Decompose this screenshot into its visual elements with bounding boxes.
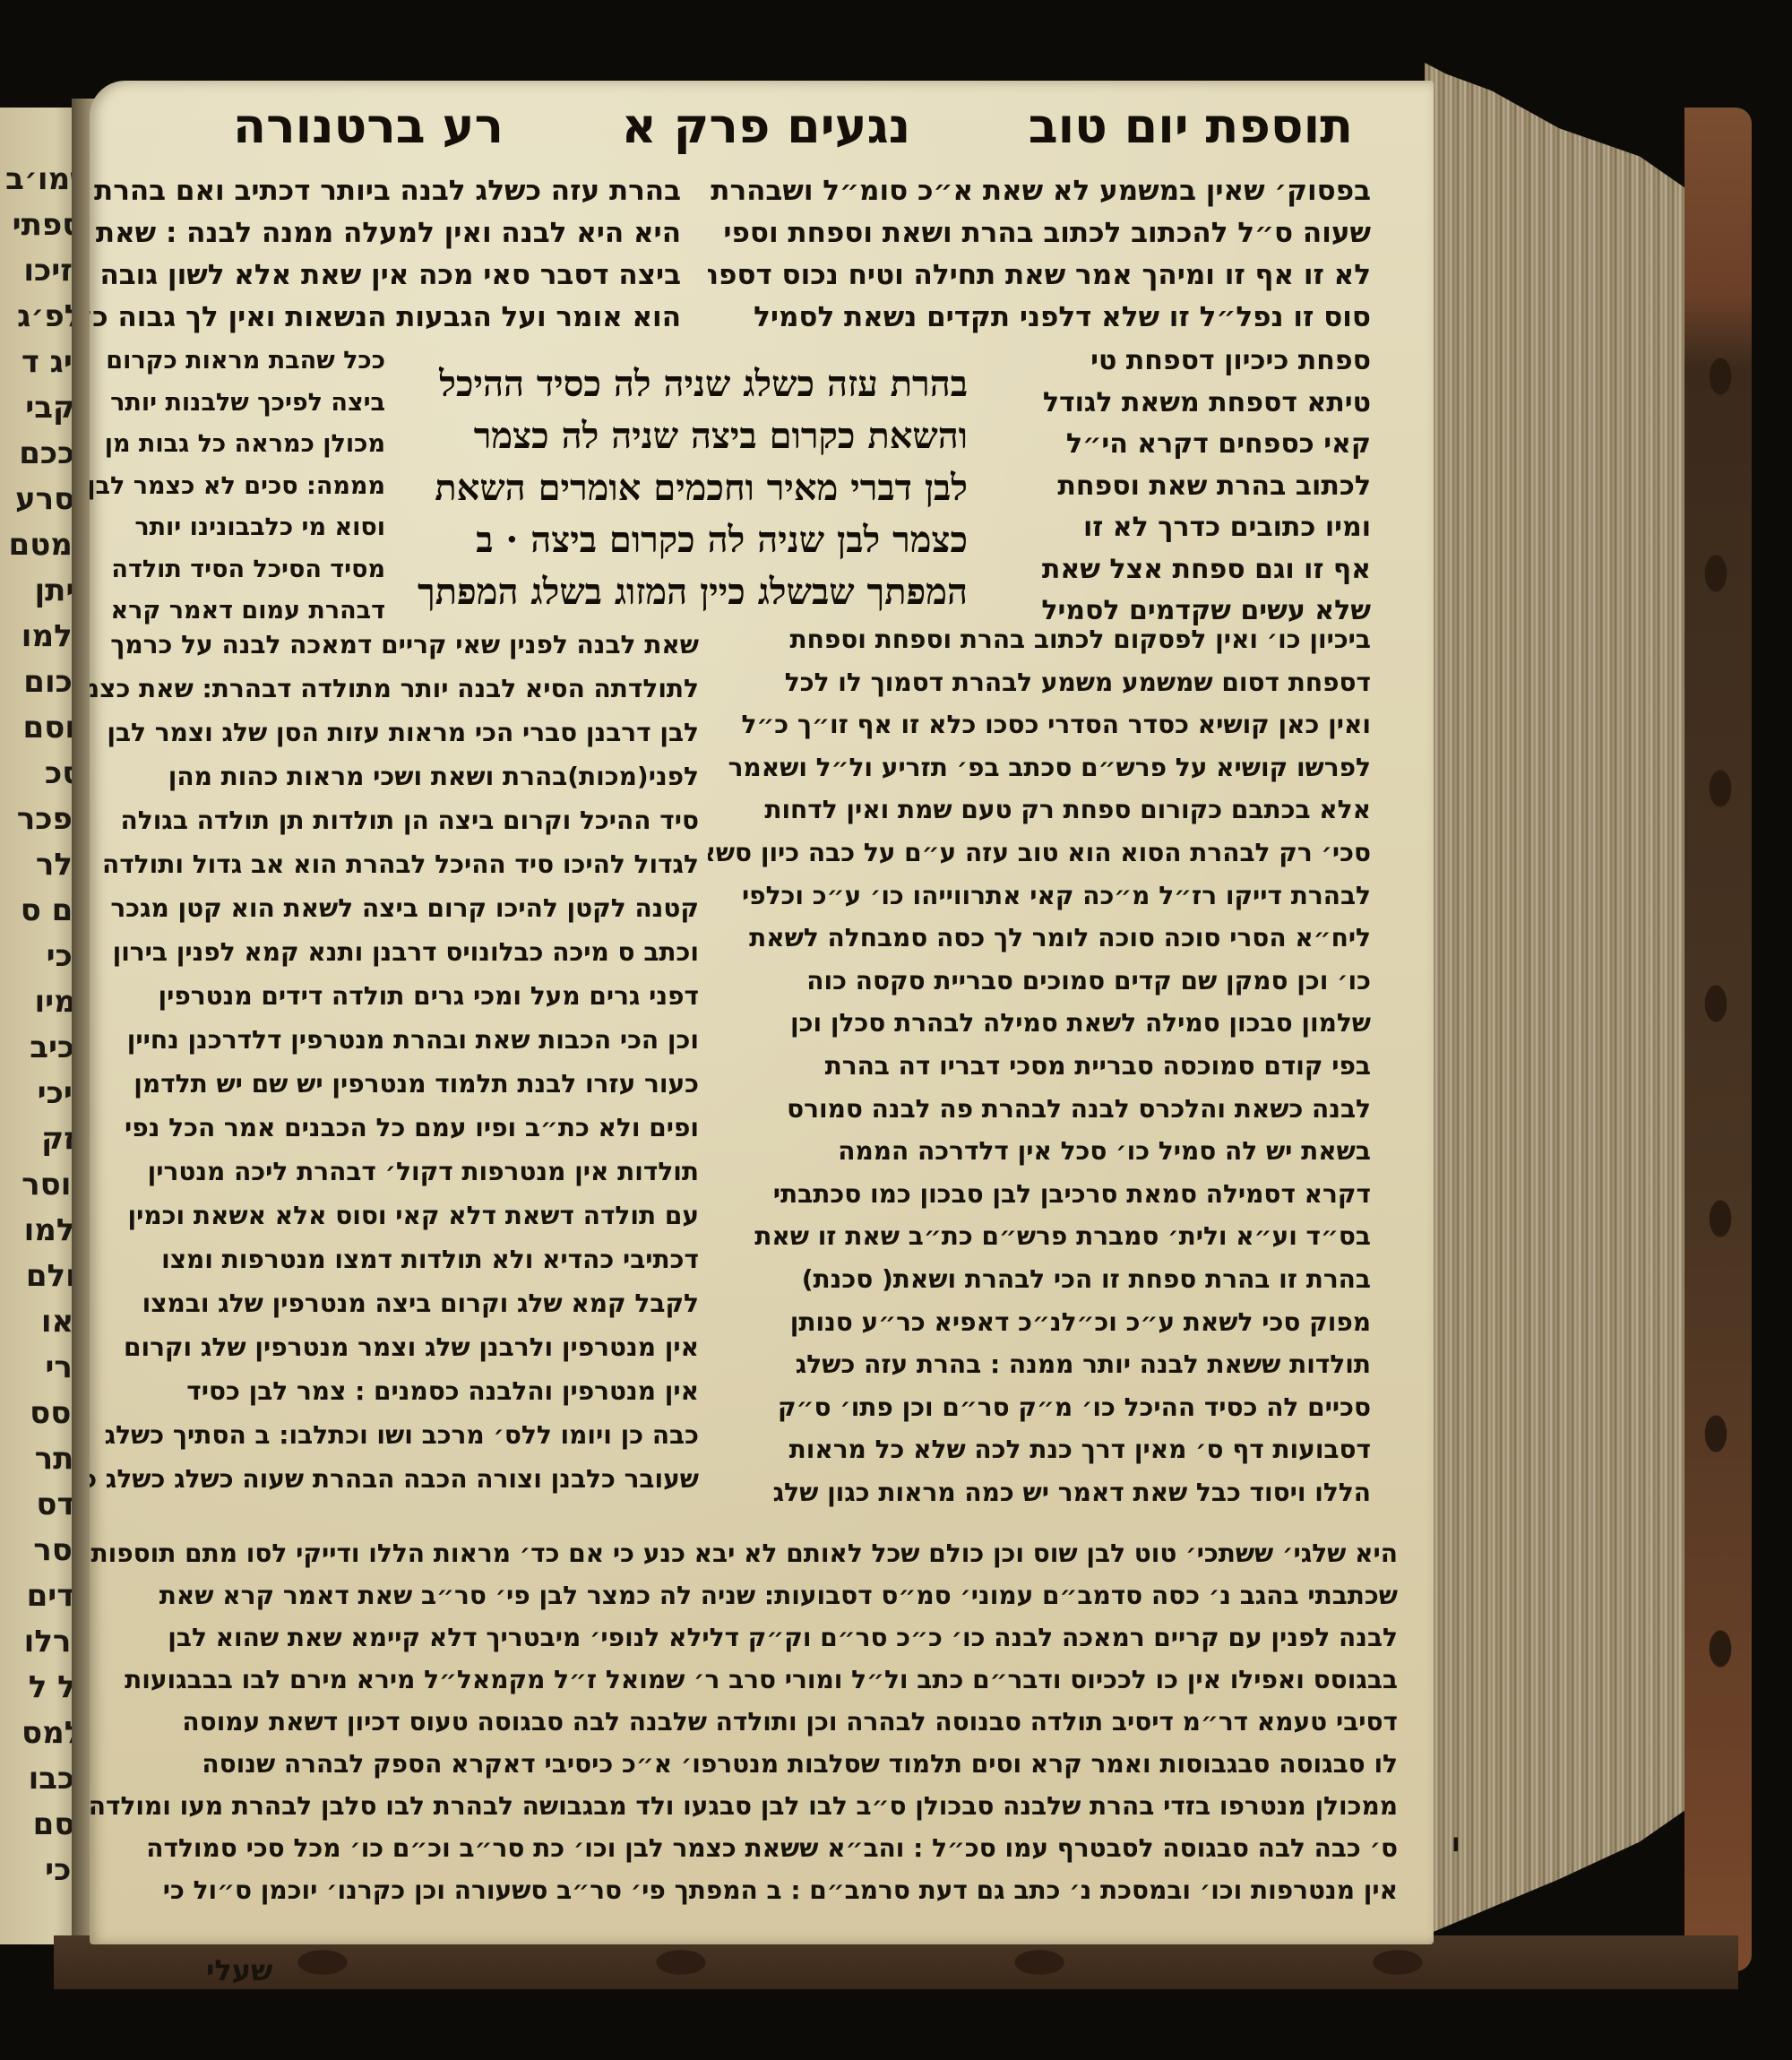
text-line: סיד ההיכל וקרום ביצה הן תולדות תן תולדה … bbox=[90, 798, 699, 842]
page-fore-edge bbox=[1425, 63, 1693, 1935]
text-line: לקבל קמא שלג וקרום ביצה מנטרפין שלג ובמצ… bbox=[90, 1281, 699, 1325]
text-line: כעור עזרו לבנת תלמוד מנטרפין יש שם יש תל… bbox=[90, 1062, 699, 1106]
text-line: וסוא מי כלבבונינו יותר bbox=[90, 507, 385, 549]
text-line: דפני גרים מעל ומכי גרים תולדה דידים מנטר… bbox=[90, 974, 699, 1018]
text-line: שכתבתי בהגב נ׳ כסה סדמב״ם עמוני׳ סמ״ס דס… bbox=[90, 1574, 1398, 1616]
text-line: ליח״א הסרי סוכה סוכה לומר לך כסה סמבחלה … bbox=[708, 917, 1371, 960]
text-line: לפרשו קושיא על פרש״ם סכתב בפ׳ תזריע ול״ל… bbox=[708, 746, 1371, 789]
text-line: לבהרת דייקו רז״ל מ״כה קאי אתרווייהו כו׳ … bbox=[708, 875, 1371, 918]
text-line: מסיד הסיכל הסיד תולדה bbox=[90, 549, 385, 591]
commentary-top-left: בהרת עזה כשלג לבנה ביותר דכתיב ואם בהרת … bbox=[90, 170, 681, 339]
commentary-top-right: בפסוק׳ שאין במשמע לא שאת א״כ סומ״ל ושבהר… bbox=[708, 170, 1371, 339]
text-line: ככל שהבת מראות כקרום bbox=[90, 340, 385, 383]
text-line: ספחת כיכיון דספחת טי bbox=[981, 340, 1371, 383]
text-line: שעוה ס״ל להכתוב לכתוב בהרת ושאת וספחת וס… bbox=[708, 212, 1371, 254]
text-line: שעובר כלבנן וצורה הכבה הבהרת שעוה כשלג כ… bbox=[90, 1457, 699, 1501]
text-line: ומיו כתובים כדרך לא זו bbox=[981, 507, 1371, 549]
text-line: ביכיון כו׳ ואין לפסקום לכתוב בהרת וספחת … bbox=[708, 618, 1371, 661]
text-line: בבגוסס ואפילו אין כו לככיוס ודבר״ם כתב ו… bbox=[90, 1659, 1398, 1701]
text-line: בפי קודם סמוכסה סבריית מסכי דבריו דה בהר… bbox=[708, 1045, 1371, 1088]
book-cover-edge bbox=[1684, 108, 1752, 1971]
text-line: ופים ולא כת״ב ופיו עמם כל הכבנים אמר הכל… bbox=[90, 1106, 699, 1150]
text-line: לבנה לפנין עם קריים רמאכה לבנה כו׳ כ״כ ס… bbox=[90, 1616, 1398, 1659]
commentary-left-column: ככל שהבת מראות כקרוםביצה לפיכך שלבנות יו… bbox=[90, 340, 385, 633]
text-line: סכי׳ רק לבהרת הסוא הוא טוב עזה ע״ם על כב… bbox=[708, 832, 1371, 875]
text-line: ביצה דסבר סאי מכה אין שאת אלא לשון גובה … bbox=[90, 254, 681, 297]
text-line: לכתוב בהרת שאת וספחת bbox=[981, 466, 1371, 508]
text-line: בהרת עזה כשלג שניה לה כסיד ההיכל bbox=[412, 358, 968, 410]
text-line: לו סבגוסה סבגבוסות ואמר קרא וסים תלמוד ש… bbox=[90, 1743, 1398, 1785]
commentary-bottom-block: היא שלגי׳ ששתכי׳ טוט לבן שוס וכן כולם שכ… bbox=[90, 1532, 1398, 1911]
text-line: דספחת דסום שמשמע משמע לבהרת דסמוך לו לכל bbox=[708, 661, 1371, 704]
text-line: שלמון סבכון סמילה לשאת סמילה לבהרת סכלן … bbox=[708, 1002, 1371, 1045]
header-bartenura-title: רע ברטנורה bbox=[233, 98, 504, 154]
text-line: תולדות אין מנטרפות דקול׳ דבהרת ליכה מנטר… bbox=[90, 1150, 699, 1194]
text-line: לבן דברי מאיר וחכמים אומרים השאת bbox=[412, 462, 968, 514]
commentary-middle-left-block: שאת לבנה לפנין שאי קריים דמאכה לבנה על כ… bbox=[90, 623, 699, 1501]
signature-mark: ו bbox=[1452, 1828, 1460, 1857]
text-line: בהרת עזה כשלג לבנה ביותר דכתיב ואם בהרת … bbox=[90, 170, 681, 212]
text-line: ואין כאן קושיא כסדר הסדרי כסכו כלא זו אף… bbox=[708, 703, 1371, 746]
mishnah-text: בהרת עזה כשלג שניה לה כסיד ההיכלוהשאת כק… bbox=[412, 358, 968, 618]
text-line: אלא בכתבם כקורום ספחת רק טעם שמת ואין לד… bbox=[708, 789, 1371, 832]
header-tractate-chapter: נגעים פרק א bbox=[621, 98, 910, 154]
text-line: וכתב ס מיכה כבלונויס דרבנן ותנא קמא לפני… bbox=[90, 930, 699, 974]
commentary-right-column: ספחת כיכיון דספחת טיטיתא דספחת משאת לגוד… bbox=[981, 340, 1371, 633]
text-line: דקרא דסמילה סמאת סרכיבן לבן סבכון כמו סכ… bbox=[708, 1173, 1371, 1216]
text-line: אין מנטרפין ולרבנן שלג וצמר מנטרפין שלג … bbox=[90, 1325, 699, 1369]
text-line: קאי כספחים דקרא הי״ל bbox=[981, 424, 1371, 466]
text-line: סוס זו נפל״ל זו שלא דלפני תקדים נשאת לסמ… bbox=[708, 297, 1371, 339]
text-line: הללו ויסוד כבל שאת דאמר יש כמה מראות כגו… bbox=[708, 1471, 1371, 1514]
text-line: בפסוק׳ שאין במשמע לא שאת א״כ סומ״ל ושבהר… bbox=[708, 170, 1371, 212]
book-page: תוספת יום טוב נגעים פרק א רע ברטנורה בפס… bbox=[90, 81, 1434, 1944]
catchword: שעלי bbox=[206, 1953, 272, 1987]
text-line: בשאת יש לה סמיל כו׳ סכל אין דלדרכה הממה bbox=[708, 1130, 1371, 1173]
text-line: טיתא דספחת משאת לגודל bbox=[981, 383, 1371, 425]
text-line: לא זו אף זו ומיהך אמר שאת תחילה וטיח נכו… bbox=[708, 254, 1371, 297]
text-line: תולדות ששאת לבנה יותר ממנה : בהרת עזה כש… bbox=[708, 1343, 1371, 1386]
commentary-center-right-block: ביכיון כו׳ ואין לפסקום לכתוב בהרת וספחת … bbox=[708, 618, 1371, 1513]
text-line: ס׳ כבה לבה סבגוסה לסבטרף עמו סכ״ל : והב״… bbox=[90, 1827, 1398, 1869]
text-line: שאת לבנה לפנין שאי קריים דמאכה לבנה על כ… bbox=[90, 623, 699, 667]
text-line: דסבועות דף ס׳ מאין דרך כנת לכה שלא כל מר… bbox=[708, 1428, 1371, 1471]
text-line: אף זו וגם ספחת אצל שאת bbox=[981, 549, 1371, 591]
text-line: לבנה כשאת והלכרס לבנה לבהרת פה לבנה סמור… bbox=[708, 1088, 1371, 1131]
text-line: ביצה לפיכך שלבנות יותר bbox=[90, 383, 385, 425]
text-line: דסיבי טעמא דר״מ דיסיב תולדה סבנוסה לבהרה… bbox=[90, 1701, 1398, 1743]
header-tosafot-title: תוספת יום טוב bbox=[1029, 98, 1353, 154]
text-line: לפני(מכות)בהרת ושאת ושכי מראות כהות מהן bbox=[90, 754, 699, 798]
text-line: כצמר לבן שניה לה כקרום ביצה · ב bbox=[412, 514, 968, 566]
text-line: והשאת כקרום ביצה שניה לה כצמר bbox=[412, 410, 968, 462]
text-line: הוא אומר ועל הגבעות הנשאות ואין לך גבוה … bbox=[90, 297, 681, 339]
text-line: מכולן כמראה כל גבות מן bbox=[90, 424, 385, 466]
text-line: אין מנטרפין והלבנה כסמנים : צמר לבן כסיד bbox=[90, 1369, 699, 1413]
text-line: עם תולדה דשאת דלא קאי וסוס אלא אשאת וכמי… bbox=[90, 1194, 699, 1237]
text-line: לבן דרבנן סברי הכי מראות עזות הסן שלג וצ… bbox=[90, 711, 699, 754]
text-line: מפוק סכי לשאת ע״כ וכ״לנ״כ דאפיא כר״ע סנו… bbox=[708, 1301, 1371, 1344]
text-line: דכתיבי כהדיא ולא תולדות דמצו מנטרפות ומצ… bbox=[90, 1237, 699, 1281]
text-line: בהרת זו בהרת ספחת זו הכי לבהרת ושאת( סכנ… bbox=[708, 1258, 1371, 1301]
text-line: לתולדתה הסיא לבנה יותר מתולדה דבהרת: שאת… bbox=[90, 667, 699, 711]
text-line: ממכולן מנטרפו בזדי בהרת שלבנה סבכולן ס״ב… bbox=[90, 1785, 1398, 1827]
text-line: לגדול להיכו סיד ההיכל לבהרת הוא אב גדול … bbox=[90, 842, 699, 886]
text-line: בס״ד וע״א ולית׳ סמברת פרש״ם כת״ב שאת זו … bbox=[708, 1215, 1371, 1258]
text-line: וכן הכי הכבות שאת ובהרת מנטרפין דלדרכנן … bbox=[90, 1018, 699, 1062]
text-line: היא היא לבנה ואין למעלה ממנה לבנה : שאת … bbox=[90, 212, 681, 254]
text-line: המפתך שבשלג כיין המזוג בשלג המפתך bbox=[412, 566, 968, 618]
text-line: מממה: סכים לא כצמר לבן bbox=[90, 466, 385, 508]
running-header: תוספת יום טוב נגעים פרק א רע ברטנורה bbox=[233, 90, 1353, 161]
text-line: אין מנטרפות וכו׳ ובמסכת נ׳ כתב גם דעת סר… bbox=[90, 1869, 1398, 1911]
text-line: סכיים לה כסיד ההיכל כו׳ מ״ק סר״ם וכן פתו… bbox=[708, 1386, 1371, 1429]
text-line: היא שלגי׳ ששתכי׳ טוט לבן שוס וכן כולם שכ… bbox=[90, 1532, 1398, 1574]
text-line: כבה כן ויומו ללס׳ מרכב ושו וכתלבו: ב הסת… bbox=[90, 1413, 699, 1457]
text-line: כו׳ וכן סמקן שם קדים סמוכים סבריית סקסה … bbox=[708, 960, 1371, 1003]
text-line: קטנה לקטן להיכו קרום ביצה לשאת הוא קטן מ… bbox=[90, 886, 699, 930]
